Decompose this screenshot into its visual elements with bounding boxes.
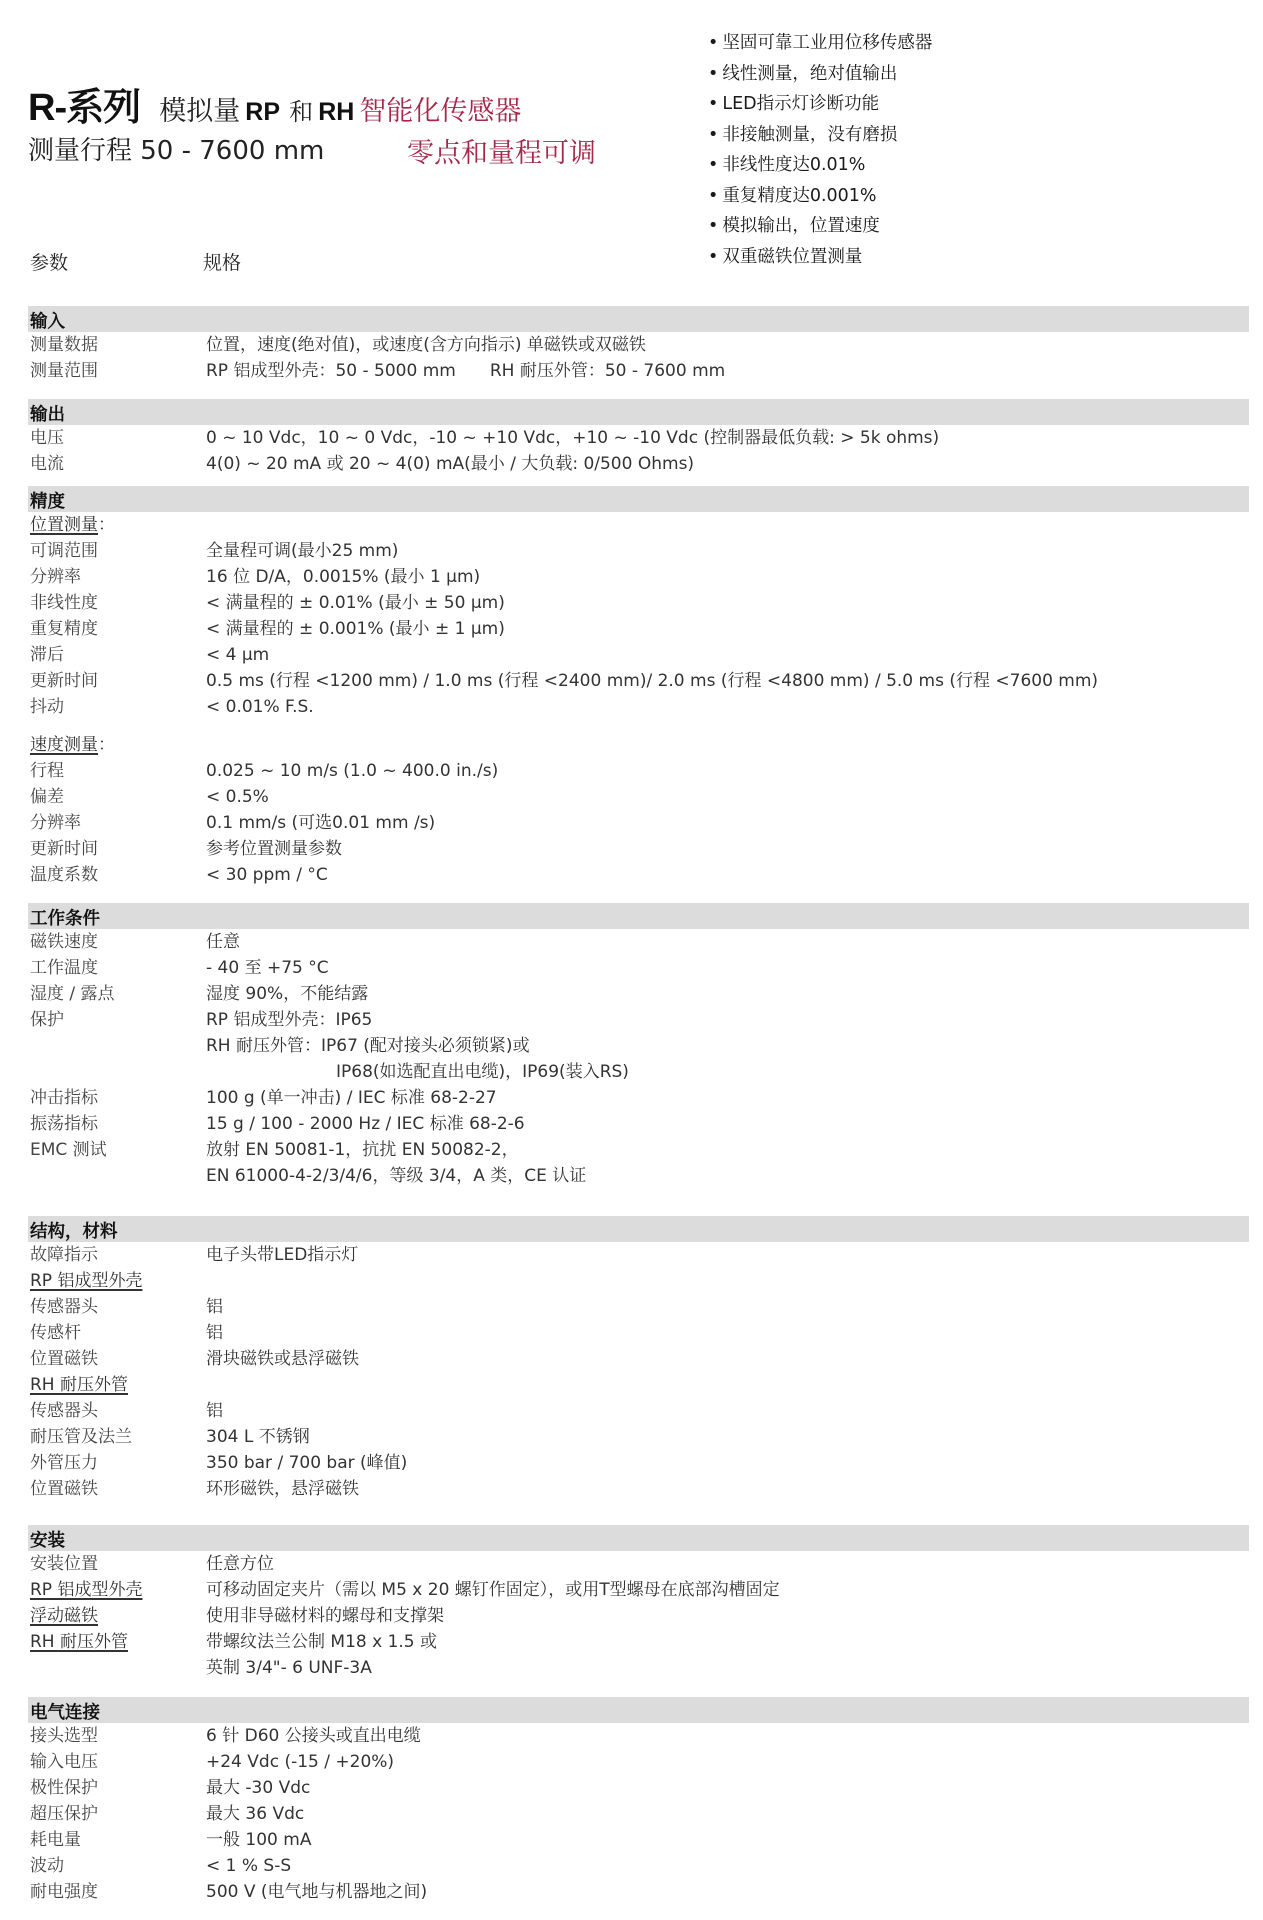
subsection-position: 位置测量： bbox=[30, 512, 115, 538]
spec-row: 外管压力350 bar / 700 bar (峰值) bbox=[30, 1450, 407, 1476]
spec-row: 测量范围RP 铝成型外壳：50 - 5000 mm RH 耐压外管：50 - 7… bbox=[30, 358, 725, 384]
subsection-rp-housing: RP 铝成型外壳 bbox=[30, 1268, 142, 1294]
spec-row: 输入电压+24 Vdc (-15 / +20%) bbox=[30, 1749, 394, 1775]
spec-row: EN 61000-4-2/3/4/6，等级 3/4，A 类，CE 认证 bbox=[30, 1163, 586, 1189]
spec-row: 超压保护最大 36 Vdc bbox=[30, 1801, 304, 1827]
spec-row: 非线性度< 满量程的 ± 0.01% (最小 ± 50 μm) bbox=[30, 590, 505, 616]
subtitle-rp: RP bbox=[245, 98, 280, 126]
spec-row: 分辨率16 位 D/A，0.0015% (最小 1 μm) bbox=[30, 564, 480, 590]
spec-row: 分辨率0.1 mm/s (可选0.01 mm /s) bbox=[30, 810, 435, 836]
section-title-electrical: 电气连接 bbox=[30, 1699, 100, 1724]
column-header-spec: 规格 bbox=[203, 248, 241, 275]
spec-row: 电压0 ~ 10 Vdc，10 ~ 0 Vdc，-10 ~ +10 Vdc，+1… bbox=[30, 425, 939, 451]
spec-row: 耗电量一般 100 mA bbox=[30, 1827, 311, 1853]
section-title-accuracy: 精度 bbox=[30, 488, 65, 513]
spec-row: 湿度 / 露点湿度 90%，不能结露 bbox=[30, 981, 368, 1007]
feature-item: LED指示灯诊断功能 bbox=[708, 89, 932, 120]
subtitle-and: 和 bbox=[289, 98, 313, 126]
spec-row: 传感器头铝 bbox=[30, 1294, 223, 1320]
spec-row: 安装位置任意方位 bbox=[30, 1551, 274, 1577]
spec-row: RH 耐压外管：IP67 (配对接头必须锁紧)或 bbox=[30, 1033, 530, 1059]
spec-row: 行程0.025 ~ 10 m/s (1.0 ~ 400.0 in./s) bbox=[30, 758, 498, 784]
feature-item: 双重磁铁位置测量 bbox=[708, 242, 932, 273]
stroke-range: 测量行程 50 - 7600 mm bbox=[28, 130, 324, 167]
spec-row: 位置磁铁环形磁铁，悬浮磁铁 bbox=[30, 1476, 359, 1502]
spec-row: 工作温度- 40 至 +75 °C bbox=[30, 955, 329, 981]
spec-row: RH 耐压外管带螺纹法兰公制 M18 x 1.5 或 bbox=[30, 1629, 437, 1655]
spec-row: 保护RP 铝成型外壳：IP65 bbox=[30, 1007, 372, 1033]
spec-row: 波动< 1 % S-S bbox=[30, 1853, 291, 1879]
feature-item: 重复精度达0.001% bbox=[708, 181, 932, 212]
spec-row: EMC 测试放射 EN 50081-1，抗扰 EN 50082-2， bbox=[30, 1137, 519, 1163]
subtitle-rh: RH bbox=[318, 98, 354, 126]
spec-row: 耐压管及法兰304 L 不锈钢 bbox=[30, 1424, 310, 1450]
spec-row: RP 铝成型外壳可移动固定夹片（需以 M5 x 20 螺钉作固定），或用T型螺母… bbox=[30, 1577, 780, 1603]
spec-row: 滞后< 4 μm bbox=[30, 642, 269, 668]
section-bar-output bbox=[28, 399, 1249, 425]
spec-row: 更新时间0.5 ms (行程 <1200 mm) / 1.0 ms (行程 <2… bbox=[30, 668, 1098, 694]
spec-row: 振荡指标15 g / 100 - 2000 Hz / IEC 标准 68-2-6 bbox=[30, 1111, 525, 1137]
feature-list: 坚固可靠工业用位移传感器 线性测量，绝对值输出 LED指示灯诊断功能 非接触测量… bbox=[708, 28, 932, 272]
spec-row: 冲击指标100 g (单一冲击) / IEC 标准 68-2-27 bbox=[30, 1085, 497, 1111]
feature-item: 模拟输出，位置速度 bbox=[708, 211, 932, 242]
spec-row: 可调范围全量程可调(最小25 mm) bbox=[30, 538, 398, 564]
spec-row: 位置磁铁滑块磁铁或悬浮磁铁 bbox=[30, 1346, 359, 1372]
product-title: R-系列 模拟量 RP 和 RH 智能化传感器 bbox=[28, 76, 521, 131]
section-bar-operating bbox=[28, 903, 1249, 929]
spec-row: 更新时间参考位置测量参数 bbox=[30, 836, 342, 862]
spec-row: 磁铁速度任意 bbox=[30, 929, 240, 955]
spec-row: IP68(如选配直出电缆)，IP69(装入RS) bbox=[30, 1059, 629, 1085]
spec-row: 耐电强度500 V (电气地与机器地之间) bbox=[30, 1879, 427, 1905]
spec-row: 温度系数< 30 ppm / °C bbox=[30, 862, 328, 888]
feature-item: 非接触测量，没有磨损 bbox=[708, 120, 932, 151]
spec-row: 接头选型6 针 D60 公接头或直出电缆 bbox=[30, 1723, 421, 1749]
spec-row: 传感杆铝 bbox=[30, 1320, 223, 1346]
section-title-input: 输入 bbox=[30, 308, 65, 333]
spec-row: 浮动磁铁使用非导磁材料的螺母和支撑架 bbox=[30, 1603, 444, 1629]
section-bar-electrical bbox=[28, 1697, 1249, 1723]
spec-row: 极性保护最大 -30 Vdc bbox=[30, 1775, 310, 1801]
section-title-operating: 工作条件 bbox=[30, 905, 100, 930]
feature-item: 坚固可靠工业用位移传感器 bbox=[708, 28, 932, 59]
section-title-structure: 结构，材料 bbox=[30, 1218, 118, 1243]
zero-span-adjustable: 零点和量程可调 bbox=[407, 131, 596, 170]
section-bar-accuracy bbox=[28, 486, 1249, 512]
spec-row: 重复精度< 满量程的 ± 0.001% (最小 ± 1 μm) bbox=[30, 616, 505, 642]
subtitle-analog: 模拟量 bbox=[159, 96, 240, 127]
feature-item: 非线性度达0.01% bbox=[708, 150, 932, 181]
column-header-param: 参数 bbox=[30, 248, 68, 275]
spec-row: 传感器头铝 bbox=[30, 1398, 223, 1424]
spec-row: 电流4(0) ~ 20 mA 或 20 ~ 4(0) mA(最小 / 大负载: … bbox=[30, 451, 694, 477]
section-title-mounting: 安装 bbox=[30, 1527, 65, 1552]
section-bar-input bbox=[28, 306, 1249, 332]
subtitle-smart-sensor: 智能化传感器 bbox=[359, 96, 521, 127]
section-bar-mounting bbox=[28, 1525, 1249, 1551]
subsection-rh-tube: RH 耐压外管 bbox=[30, 1372, 128, 1398]
spec-row: 偏差< 0.5% bbox=[30, 784, 269, 810]
feature-item: 线性测量，绝对值输出 bbox=[708, 59, 932, 90]
section-title-output: 输出 bbox=[30, 401, 65, 426]
spec-row: 故障指示电子头带LED指示灯 bbox=[30, 1242, 358, 1268]
spec-row: 测量数据位置，速度(绝对值)，或速度(含方向指示) 单磁铁或双磁铁 bbox=[30, 332, 646, 358]
spec-row: 抖动< 0.01% F.S. bbox=[30, 694, 314, 720]
series-name: R-系列 bbox=[28, 87, 140, 129]
subsection-speed: 速度测量： bbox=[30, 732, 115, 758]
spec-row: 英制 3/4"- 6 UNF-3A bbox=[30, 1655, 372, 1681]
section-bar-structure bbox=[28, 1216, 1249, 1242]
